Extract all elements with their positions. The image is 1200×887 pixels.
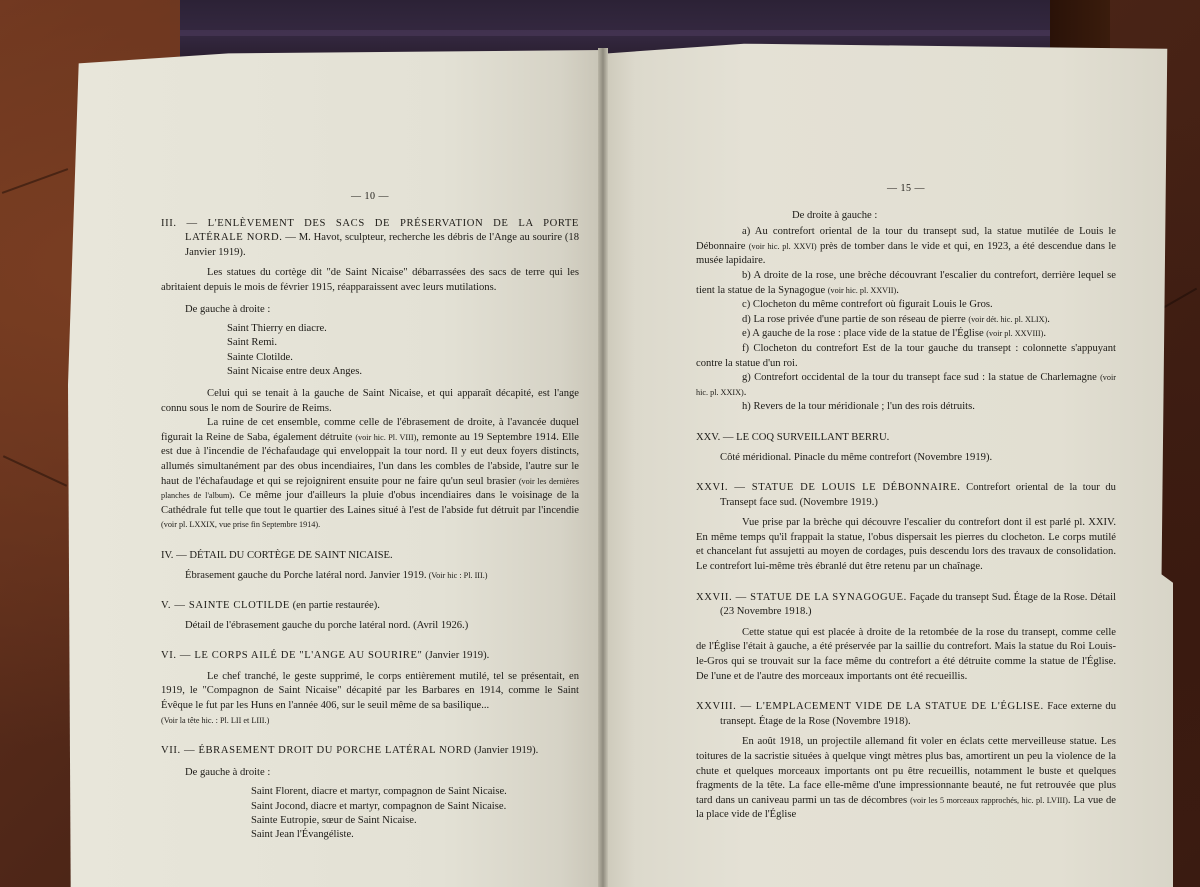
caption: Côté méridional. Pinacle du même contref… (696, 451, 1116, 466)
lettered-item: g) Contrefort occidental de la tour du t… (696, 371, 1116, 400)
lettered-item: c) Clocheton du même contrefort où figur… (696, 298, 1116, 313)
paragraph: En août 1918, un projectile allemand fit… (696, 735, 1116, 823)
page-number: — 10 — (161, 190, 579, 205)
caption: Détail de l'ébrasement gauche du porche … (161, 619, 579, 634)
section-xxviii: XXVIII. — L'EMPLACEMENT VIDE DE LA STATU… (696, 700, 1116, 823)
section-iv: IV. — DÉTAIL DU CORTÈGE DE SAINT NICAISE… (161, 549, 579, 583)
section-heading-iii: III. — L'ENLÈVEMENT DES SACS DE PRÉSERVA… (161, 217, 579, 261)
paragraph: Celui qui se tenait à la gauche de Saint… (161, 387, 579, 416)
section-v: V. — SAINTE CLOTILDE (en partie restauré… (161, 599, 579, 633)
section-heading: XXVII. — STATUE DE LA SYNAGOGUE. Façade … (696, 591, 1116, 620)
paragraph: Cette statue qui est placée à droite de … (696, 626, 1116, 684)
list-item: Saint Nicaise entre deux Anges. (227, 365, 579, 379)
left-page: — 10 — III. — L'ENLÈVEMENT DES SACS DE P… (68, 50, 603, 887)
list-item: Saint Jocond, diacre et martyr, compagno… (251, 800, 579, 814)
lettered-item: b) A droite de la rose, une brèche décou… (696, 269, 1116, 298)
paragraph: Les statues du cortège dit "de Saint Nic… (161, 266, 579, 295)
section-heading: VII. — ÉBRASEMENT DROIT DU PORCHE LATÉRA… (161, 744, 579, 759)
lettered-item: h) Revers de la tour méridionale ; l'un … (696, 400, 1116, 415)
section-heading: IV. — DÉTAIL DU CORTÈGE DE SAINT NICAISE… (161, 549, 579, 564)
left-page-text: — 10 — III. — L'ENLÈVEMENT DES SACS DE P… (161, 190, 579, 850)
page-number: — 15 — (696, 182, 1116, 197)
right-page: — 15 — De droite à gauche : a) Au contre… (601, 42, 1173, 887)
lettered-item: f) Clocheton du contrefort Est de la tou… (696, 342, 1116, 371)
section-vii: VII. — ÉBRASEMENT DROIT DU PORCHE LATÉRA… (161, 744, 579, 842)
list-item: Saint Thierry en diacre. (227, 322, 579, 336)
lettered-item: e) A gauche de la rose : place vide de l… (696, 327, 1116, 342)
right-page-text: — 15 — De droite à gauche : a) Au contre… (696, 182, 1116, 823)
section-xxvii: XXVII. — STATUE DE LA SYNAGOGUE. Façade … (696, 591, 1116, 685)
statue-list: Saint Thierry en diacre. Saint Remi. Sai… (161, 322, 579, 379)
caption: Ébrasement gauche du Porche latéral nord… (161, 569, 579, 584)
paragraph: Vue prise par la brèche qui découvre l'e… (696, 516, 1116, 574)
list-item: Saint Jean l'Évangéliste. (251, 828, 579, 842)
book-spine (598, 48, 608, 887)
list-label: De gauche à droite : (161, 303, 579, 318)
list-item: Saint Florent, diacre et martyr, compagn… (251, 785, 579, 799)
statue-list: Saint Florent, diacre et martyr, compagn… (161, 785, 579, 842)
section-heading: V. — SAINTE CLOTILDE (en partie restauré… (161, 599, 579, 614)
section-heading: XXVIII. — L'EMPLACEMENT VIDE DE LA STATU… (696, 700, 1116, 729)
section-xxv: XXV. — LE COQ SURVEILLANT BERRU. Côté mé… (696, 431, 1116, 465)
section-xxvi: XXVI. — STATUE DE LOUIS LE DÉBONNAIRE. C… (696, 481, 1116, 575)
lettered-item: a) Au contrefort oriental de la tour du … (696, 225, 1116, 269)
lettered-item: d) La rose privée d'une partie de son ré… (696, 313, 1116, 328)
plate-note: (Voir la tête hic. : Pl. LII et LIII.) (161, 714, 579, 729)
list-item: Saint Remi. (227, 336, 579, 350)
section-heading: XXV. — LE COQ SURVEILLANT BERRU. (696, 431, 1116, 446)
paragraph: Le chef tranché, le geste supprimé, le c… (161, 670, 579, 714)
paragraph: La ruine de cet ensemble, comme celle de… (161, 416, 579, 533)
list-label: De gauche à droite : (161, 766, 579, 781)
list-item: Sainte Eutropie, sœur de Saint Nicaise. (251, 814, 579, 828)
section-heading: VI. — LE CORPS AILÉ DE "L'ANGE AU SOURIR… (161, 649, 579, 664)
list-item: Sainte Clotilde. (227, 351, 579, 365)
section-vi: VI. — LE CORPS AILÉ DE "L'ANGE AU SOURIR… (161, 649, 579, 728)
section-heading: XXVI. — STATUE DE LOUIS LE DÉBONNAIRE. C… (696, 481, 1116, 510)
list-label: De droite à gauche : (696, 209, 1116, 224)
